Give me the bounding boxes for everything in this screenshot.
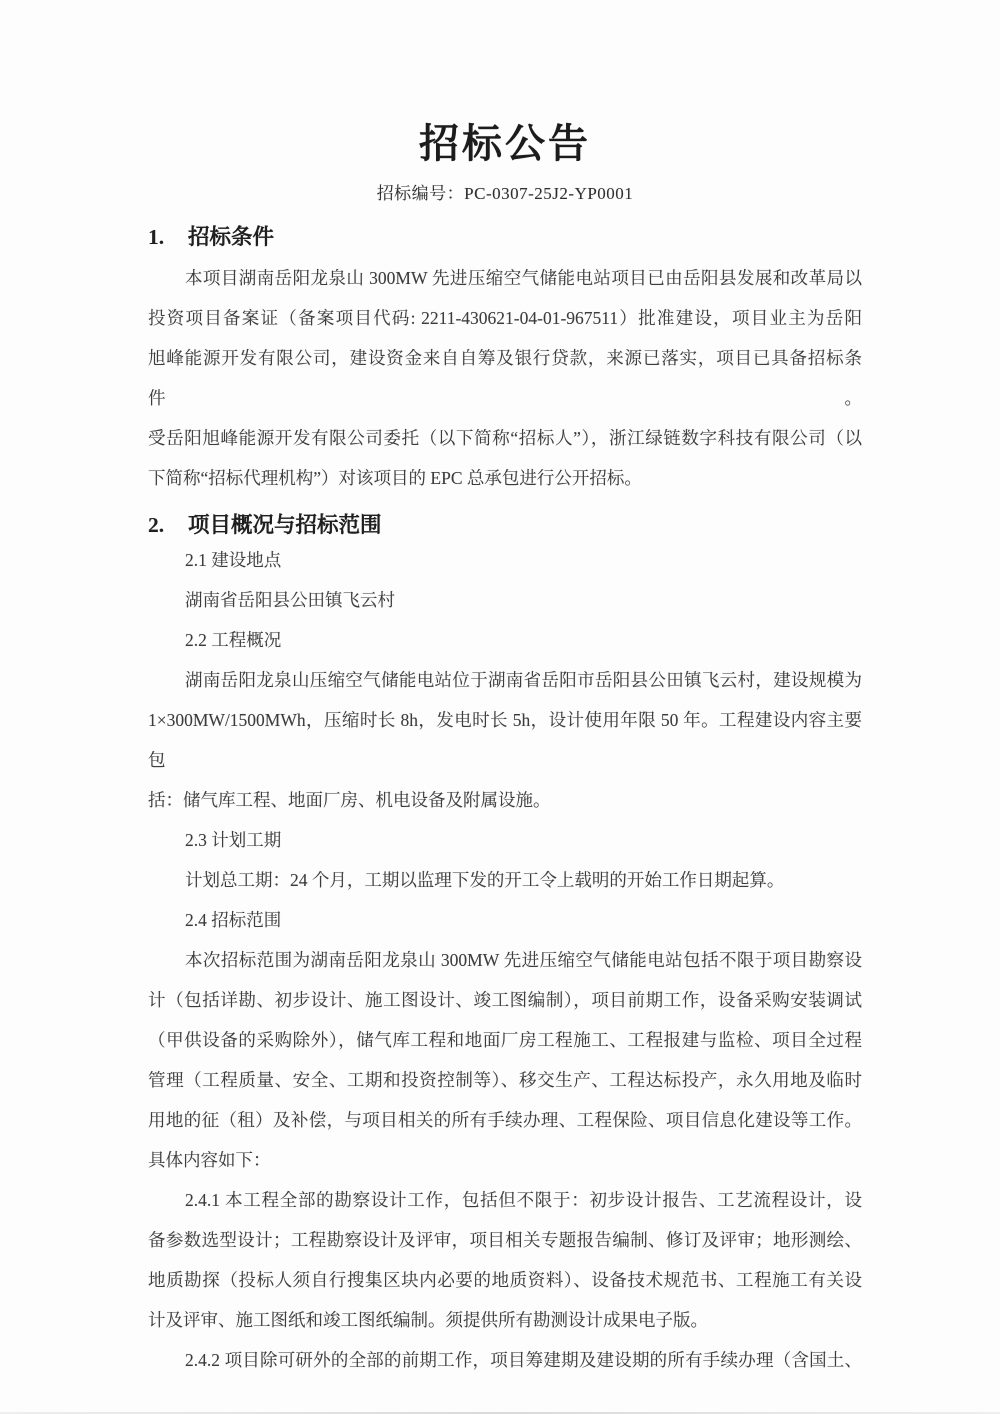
subsection-24-heading: 2.4 招标范围: [148, 900, 862, 940]
text-line: 湖南岳阳龙泉山压缩空气储能电站位于湖南省岳阳市岳阳县公田镇飞云村，建设规模为: [148, 660, 862, 700]
document-page: 招标公告 招标编号：PC-0307-25J2-YP0001 1.招标条件 本项目…: [0, 0, 1000, 1414]
subsection-23-body: 计划总工期：24 个月，工期以监理下发的开工令上载明的开始工作日期起算。: [148, 860, 862, 900]
subsection-21-heading: 2.1 建设地点: [148, 540, 862, 580]
text-line: 括：储气库工程、地面厂房、机电设备及附属设施。: [148, 780, 862, 820]
subsection-23-heading: 2.3 计划工期: [148, 820, 862, 860]
subsection-22-heading: 2.2 工程概况: [148, 620, 862, 660]
section-1-title: 招标条件: [188, 225, 274, 249]
text-line: 投资项目备案证（备案项目代码: 2211-430621-04-01-967511…: [148, 298, 862, 338]
subsection-21-body: 湖南省岳阳县公田镇飞云村: [148, 580, 862, 620]
text-line: 旭峰能源开发有限公司，建设资金来自自筹及银行贷款，来源已落实，项目已具备招标条件…: [148, 338, 862, 418]
text-line: 计及评审、施工图纸和竣工图纸编制。须提供所有勘测设计成果电子版。: [148, 1300, 862, 1340]
text-line: 计（包括详勘、初步设计、施工图设计、竣工图编制），项目前期工作，设备采购安装调试: [148, 980, 862, 1020]
text-line: 管理（工程质量、安全、工期和投资控制等）、移交生产、工程达标投产，永久用地及临时: [148, 1060, 862, 1100]
text-line: 1×300MW/1500MWh，压缩时长 8h，发电时长 5h，设计使用年限 5…: [148, 700, 862, 780]
subsection-241-line: 2.4.1 本工程全部的勘察设计工作，包括但不限于：初步设计报告、工艺流程设计，…: [148, 1180, 862, 1220]
text-line: 具体内容如下：: [148, 1140, 862, 1180]
document-content: 招标公告 招标编号：PC-0307-25J2-YP0001 1.招标条件 本项目…: [148, 0, 862, 1380]
text-line: 本项目湖南岳阳龙泉山 300MW 先进压缩空气储能电站项目已由岳阳县发展和改革局…: [148, 258, 862, 298]
text-line: 下简称“招标代理机构”）对该项目的 EPC 总承包进行公开招标。: [148, 458, 862, 498]
section-1-number: 1.: [148, 222, 188, 252]
text-line: 地质勘探（投标人须自行搜集区块内必要的地质资料）、设备技术规范书、工程施工有关设: [148, 1260, 862, 1300]
subsection-242-line: 2.4.2 项目除可研外的全部的前期工作，项目筹建期及建设期的所有手续办理（含国…: [148, 1340, 862, 1380]
text-line: 备参数选型设计；工程勘察设计及评审，项目相关专题报告编制、修订及评审；地形测绘、: [148, 1220, 862, 1260]
section-2-heading: 2.项目概况与招标范围: [148, 510, 862, 540]
text-line: （甲供设备的采购除外），储气库工程和地面厂房工程施工、工程报建与监检、项目全过程: [148, 1020, 862, 1060]
page-title: 招标公告: [148, 0, 862, 170]
tender-number: 招标编号：PC-0307-25J2-YP0001: [148, 182, 862, 206]
text-line: 本次招标范围为湖南岳阳龙泉山 300MW 先进压缩空气储能电站包括不限于项目勘察…: [148, 940, 862, 980]
section-2-title: 项目概况与招标范围: [188, 513, 382, 537]
section-1-heading: 1.招标条件: [148, 222, 862, 252]
text-line: 用地的征（租）及补偿，与项目相关的所有手续办理、工程保险、项目信息化建设等工作。: [148, 1100, 862, 1140]
section-2-body: 2.1 建设地点 湖南省岳阳县公田镇飞云村 2.2 工程概况 湖南岳阳龙泉山压缩…: [148, 540, 862, 1380]
section-2-number: 2.: [148, 510, 188, 540]
text-line: 受岳阳旭峰能源开发有限公司委托（以下简称“招标人”），浙江绿链数字科技有限公司（…: [148, 418, 862, 458]
section-1-paragraph: 本项目湖南岳阳龙泉山 300MW 先进压缩空气储能电站项目已由岳阳县发展和改革局…: [148, 258, 862, 498]
